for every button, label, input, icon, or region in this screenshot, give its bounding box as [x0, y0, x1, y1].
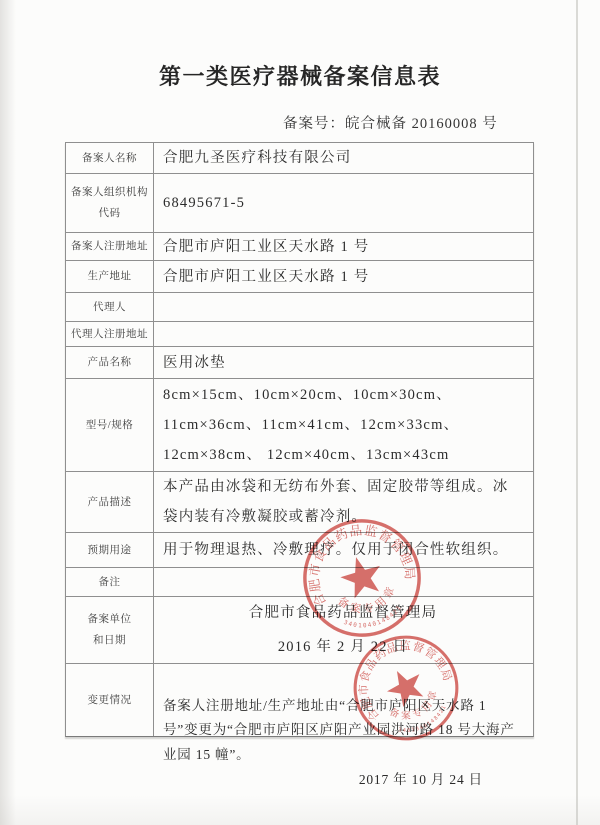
- row-value: 本产品由冰袋和无纺布外套、固定胶带等组成。冰袋内装有冷敷凝胶或蓄冷剂。: [154, 472, 533, 532]
- row-label: 备注: [66, 568, 154, 596]
- table-row-remarks: 备注: [66, 568, 533, 597]
- row-label: 备案单位 和日期: [66, 597, 154, 663]
- record-number: 备案号：皖合械备 20160008 号: [283, 112, 498, 133]
- row-label: 型号/规格: [66, 379, 154, 471]
- row-value: 医用冰垫: [154, 347, 533, 378]
- row-value: 合肥市庐阳工业区天水路 1 号: [154, 261, 533, 292]
- scan-edge-line-right: [576, 0, 578, 825]
- row-value: 备案人注册地址/生产地址由“合肥市庐阳区天水路 1 号”变更为“合肥市庐阳区庐阳…: [154, 664, 533, 736]
- table-row-product-name: 产品名称 医用冰垫: [66, 347, 533, 379]
- table-row-agent: 代理人: [66, 293, 533, 322]
- table-row-registered-address: 备案人注册地址 合肥市庐阳工业区天水路 1 号: [66, 233, 533, 261]
- row-label: 代理人注册地址: [66, 322, 154, 346]
- row-label: 备案人注册地址: [66, 233, 154, 260]
- table-row-holder-name: 备案人名称 合肥九圣医疗科技有限公司: [66, 143, 533, 174]
- table-row-org-code: 备案人组织机构 代码 68495671-5: [66, 174, 533, 233]
- table-row-model-spec: 型号/规格 8cm×15cm、10cm×20cm、10cm×30cm、11cm×…: [66, 379, 533, 472]
- row-value: 合肥九圣医疗科技有限公司: [154, 143, 533, 173]
- scan-edge-shadow-left: [0, 0, 16, 825]
- registration-info-table: 备案人名称 合肥九圣医疗科技有限公司 备案人组织机构 代码 68495671-5…: [65, 142, 534, 737]
- row-value: 68495671-5: [154, 174, 533, 232]
- row-label: 备案人名称: [66, 143, 154, 173]
- row-value: 8cm×15cm、10cm×20cm、10cm×30cm、11cm×36cm、1…: [154, 379, 533, 471]
- row-value: 用于物理退热、冷敷理疗。仅用于闭合性软组织。: [154, 533, 533, 567]
- table-row-production-address: 生产地址 合肥市庐阳工业区天水路 1 号: [66, 261, 533, 293]
- row-label: 变更情况: [66, 664, 154, 736]
- table-row-agent-address: 代理人注册地址: [66, 322, 533, 347]
- row-label: 预期用途: [66, 533, 154, 567]
- change-text: 备案人注册地址/生产地址由“合肥市庐阳区天水路 1 号”变更为“合肥市庐阳区庐阳…: [163, 698, 515, 762]
- table-row-product-description: 产品描述 本产品由冰袋和无纺布外套、固定胶带等组成。冰袋内装有冷敷凝胶或蓄冷剂。: [66, 472, 533, 533]
- table-row-change-record: 变更情况 备案人注册地址/生产地址由“合肥市庐阳区天水路 1 号”变更为“合肥市…: [66, 664, 533, 736]
- row-value: 合肥市食品药品监督管理局 2016 年 2 月 22 日: [154, 597, 533, 663]
- row-value: [154, 293, 533, 321]
- row-label: 生产地址: [66, 261, 154, 292]
- row-label: 备案人组织机构 代码: [66, 174, 154, 232]
- page-title: 第一类医疗器械备案信息表: [0, 60, 600, 91]
- change-date: 2017 年 10 月 24 日: [163, 768, 523, 793]
- row-value: 合肥市庐阳工业区天水路 1 号: [154, 233, 533, 260]
- row-label: 产品名称: [66, 347, 154, 378]
- row-value: [154, 568, 533, 596]
- scanned-document-page: { "page": { "title": "第一类医疗器械备案信息表", "re…: [0, 0, 600, 825]
- table-row-filing-authority-date: 备案单位 和日期 合肥市食品药品监督管理局 2016 年 2 月 22 日: [66, 597, 533, 664]
- row-label: 产品描述: [66, 472, 154, 532]
- table-row-intended-use: 预期用途 用于物理退热、冷敷理疗。仅用于闭合性软组织。: [66, 533, 533, 568]
- row-label: 代理人: [66, 293, 154, 321]
- row-value: [154, 322, 533, 346]
